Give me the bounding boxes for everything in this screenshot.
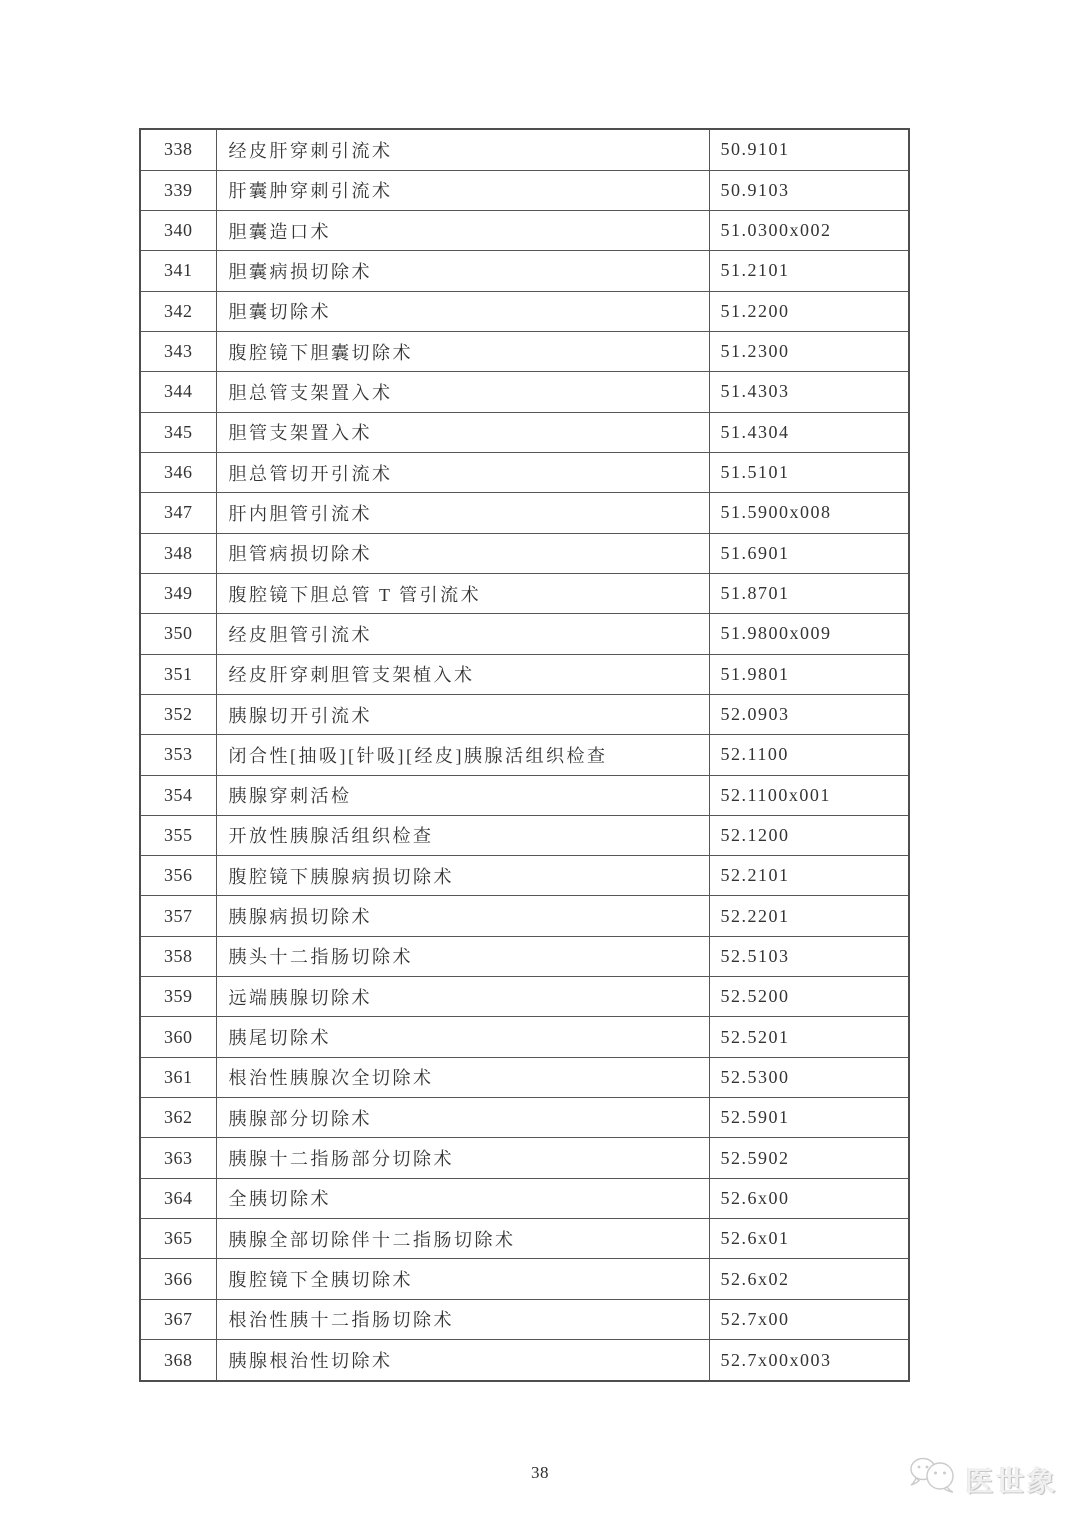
procedure-name-cell: 开放性胰腺活组织检查 [216,815,709,855]
procedure-code-cell: 51.2101 [709,251,909,291]
chat-bubbles-icon [908,1456,960,1503]
procedure-name-cell: 胆囊切除术 [216,291,709,331]
procedure-code-cell: 52.6x02 [709,1259,909,1299]
row-number-cell: 367 [140,1299,216,1339]
procedure-code-cell: 51.9801 [709,654,909,694]
row-number-cell: 352 [140,694,216,734]
row-number-cell: 347 [140,493,216,533]
procedure-name-cell: 经皮肝穿刺胆管支架植入术 [216,654,709,694]
row-number-cell: 349 [140,573,216,613]
procedure-code-cell: 51.5900x008 [709,493,909,533]
procedure-name-cell: 胰腺全部切除伴十二指肠切除术 [216,1219,709,1259]
procedure-name-cell: 胆管支架置入术 [216,412,709,452]
procedure-name-cell: 腹腔镜下全胰切除术 [216,1259,709,1299]
procedure-code-cell: 51.4303 [709,372,909,412]
table-row: 363 胰腺十二指肠部分切除术 52.5902 [140,1138,909,1178]
watermark-text: 医世象 [965,1460,1058,1500]
procedure-name-cell: 经皮肝穿刺引流术 [216,129,709,170]
table-row: 349 腹腔镜下胆总管 T 管引流术 51.8701 [140,573,909,613]
row-number-cell: 358 [140,936,216,976]
procedure-code-cell: 51.4304 [709,412,909,452]
procedure-code-cell: 52.7x00x003 [709,1340,909,1381]
procedure-code-cell: 52.6x01 [709,1219,909,1259]
table-row: 344 胆总管支架置入术 51.4303 [140,372,909,412]
row-number-cell: 362 [140,1098,216,1138]
procedure-name-cell: 经皮胆管引流术 [216,614,709,654]
procedure-code-cell: 51.2300 [709,331,909,371]
document-page: 338 经皮肝穿刺引流术 50.9101 339 肝囊肿穿刺引流术 50.910… [0,0,1080,1526]
row-number-cell: 355 [140,815,216,855]
procedure-code-cell: 52.1200 [709,815,909,855]
row-number-cell: 357 [140,896,216,936]
row-number-cell: 344 [140,372,216,412]
procedure-code-cell: 52.5103 [709,936,909,976]
table-row: 343 腹腔镜下胆囊切除术 51.2300 [140,331,909,371]
row-number-cell: 366 [140,1259,216,1299]
procedure-name-cell: 胆总管切开引流术 [216,452,709,492]
table-row: 360 胰尾切除术 52.5201 [140,1017,909,1057]
procedure-name-cell: 胰腺根治性切除术 [216,1340,709,1381]
procedure-name-cell: 胰头十二指肠切除术 [216,936,709,976]
procedure-name-cell: 腹腔镜下胰腺病损切除术 [216,856,709,896]
table-row: 351 经皮肝穿刺胆管支架植入术 51.9801 [140,654,909,694]
table-row: 358 胰头十二指肠切除术 52.5103 [140,936,909,976]
procedure-name-cell: 胆囊病损切除术 [216,251,709,291]
row-number-cell: 348 [140,533,216,573]
procedure-name-cell: 闭合性[抽吸][针吸][经皮]胰腺活组织检查 [216,735,709,775]
procedure-code-cell: 51.6901 [709,533,909,573]
table-row: 361 根治性胰腺次全切除术 52.5300 [140,1057,909,1097]
table-row: 365 胰腺全部切除伴十二指肠切除术 52.6x01 [140,1219,909,1259]
table-row: 346 胆总管切开引流术 51.5101 [140,452,909,492]
procedure-code-cell: 52.0903 [709,694,909,734]
procedure-name-cell: 胰尾切除术 [216,1017,709,1057]
procedure-code-cell: 52.1100 [709,735,909,775]
row-number-cell: 363 [140,1138,216,1178]
table-row: 356 腹腔镜下胰腺病损切除术 52.2101 [140,856,909,896]
row-number-cell: 341 [140,251,216,291]
procedure-name-cell: 胰腺病损切除术 [216,896,709,936]
procedure-name-cell: 远端胰腺切除术 [216,977,709,1017]
row-number-cell: 359 [140,977,216,1017]
table-row: 348 胆管病损切除术 51.6901 [140,533,909,573]
procedure-name-cell: 胰腺十二指肠部分切除术 [216,1138,709,1178]
table-row: 354 胰腺穿刺活检 52.1100x001 [140,775,909,815]
row-number-cell: 360 [140,1017,216,1057]
procedure-code-cell: 51.8701 [709,573,909,613]
procedure-name-cell: 胰腺穿刺活检 [216,775,709,815]
row-number-cell: 350 [140,614,216,654]
row-number-cell: 364 [140,1178,216,1218]
procedure-table: 338 经皮肝穿刺引流术 50.9101 339 肝囊肿穿刺引流术 50.910… [139,128,910,1382]
procedure-table-body: 338 经皮肝穿刺引流术 50.9101 339 肝囊肿穿刺引流术 50.910… [140,129,909,1381]
table-row: 355 开放性胰腺活组织检查 52.1200 [140,815,909,855]
row-number-cell: 353 [140,735,216,775]
row-number-cell: 339 [140,170,216,210]
table-row: 345 胆管支架置入术 51.4304 [140,412,909,452]
procedure-name-cell: 腹腔镜下胆囊切除术 [216,331,709,371]
table-row: 357 胰腺病损切除术 52.2201 [140,896,909,936]
row-number-cell: 342 [140,291,216,331]
table-row: 367 根治性胰十二指肠切除术 52.7x00 [140,1299,909,1339]
table-row: 353 闭合性[抽吸][针吸][经皮]胰腺活组织检查 52.1100 [140,735,909,775]
procedure-name-cell: 腹腔镜下胆总管 T 管引流术 [216,573,709,613]
procedure-code-cell: 52.2101 [709,856,909,896]
table-row: 342 胆囊切除术 51.2200 [140,291,909,331]
row-number-cell: 354 [140,775,216,815]
procedure-name-cell: 根治性胰十二指肠切除术 [216,1299,709,1339]
procedure-name-cell: 胆管病损切除术 [216,533,709,573]
procedure-code-cell: 51.5101 [709,452,909,492]
procedure-name-cell: 胆囊造口术 [216,210,709,250]
procedure-code-cell: 52.5200 [709,977,909,1017]
procedure-code-cell: 50.9101 [709,129,909,170]
procedure-code-cell: 52.7x00 [709,1299,909,1339]
procedure-code-cell: 50.9103 [709,170,909,210]
table-row: 359 远端胰腺切除术 52.5200 [140,977,909,1017]
table-row: 338 经皮肝穿刺引流术 50.9101 [140,129,909,170]
procedure-name-cell: 肝囊肿穿刺引流术 [216,170,709,210]
procedure-name-cell: 胰腺部分切除术 [216,1098,709,1138]
procedure-name-cell: 胆总管支架置入术 [216,372,709,412]
table-row: 339 肝囊肿穿刺引流术 50.9103 [140,170,909,210]
table-row: 352 胰腺切开引流术 52.0903 [140,694,909,734]
procedure-code-cell: 52.6x00 [709,1178,909,1218]
table-row: 347 肝内胆管引流术 51.5900x008 [140,493,909,533]
procedure-code-cell: 52.2201 [709,896,909,936]
procedure-name-cell: 全胰切除术 [216,1178,709,1218]
procedure-code-cell: 52.5901 [709,1098,909,1138]
table-row: 364 全胰切除术 52.6x00 [140,1178,909,1218]
procedure-code-cell: 52.5201 [709,1017,909,1057]
row-number-cell: 351 [140,654,216,694]
row-number-cell: 343 [140,331,216,371]
table-row: 340 胆囊造口术 51.0300x002 [140,210,909,250]
row-number-cell: 368 [140,1340,216,1381]
watermark: 医世象 [908,1456,1058,1503]
row-number-cell: 346 [140,452,216,492]
row-number-cell: 365 [140,1219,216,1259]
procedure-code-cell: 51.0300x002 [709,210,909,250]
procedure-code-cell: 52.1100x001 [709,775,909,815]
procedure-code-cell: 51.2200 [709,291,909,331]
row-number-cell: 338 [140,129,216,170]
row-number-cell: 340 [140,210,216,250]
table-row: 350 经皮胆管引流术 51.9800x009 [140,614,909,654]
procedure-name-cell: 根治性胰腺次全切除术 [216,1057,709,1097]
procedure-code-cell: 52.5902 [709,1138,909,1178]
procedure-name-cell: 肝内胆管引流术 [216,493,709,533]
row-number-cell: 345 [140,412,216,452]
table-row: 341 胆囊病损切除术 51.2101 [140,251,909,291]
table-row: 362 胰腺部分切除术 52.5901 [140,1098,909,1138]
row-number-cell: 356 [140,856,216,896]
row-number-cell: 361 [140,1057,216,1097]
table-row: 366 腹腔镜下全胰切除术 52.6x02 [140,1259,909,1299]
procedure-code-cell: 52.5300 [709,1057,909,1097]
procedure-code-cell: 51.9800x009 [709,614,909,654]
procedure-name-cell: 胰腺切开引流术 [216,694,709,734]
table-row: 368 胰腺根治性切除术 52.7x00x003 [140,1340,909,1381]
